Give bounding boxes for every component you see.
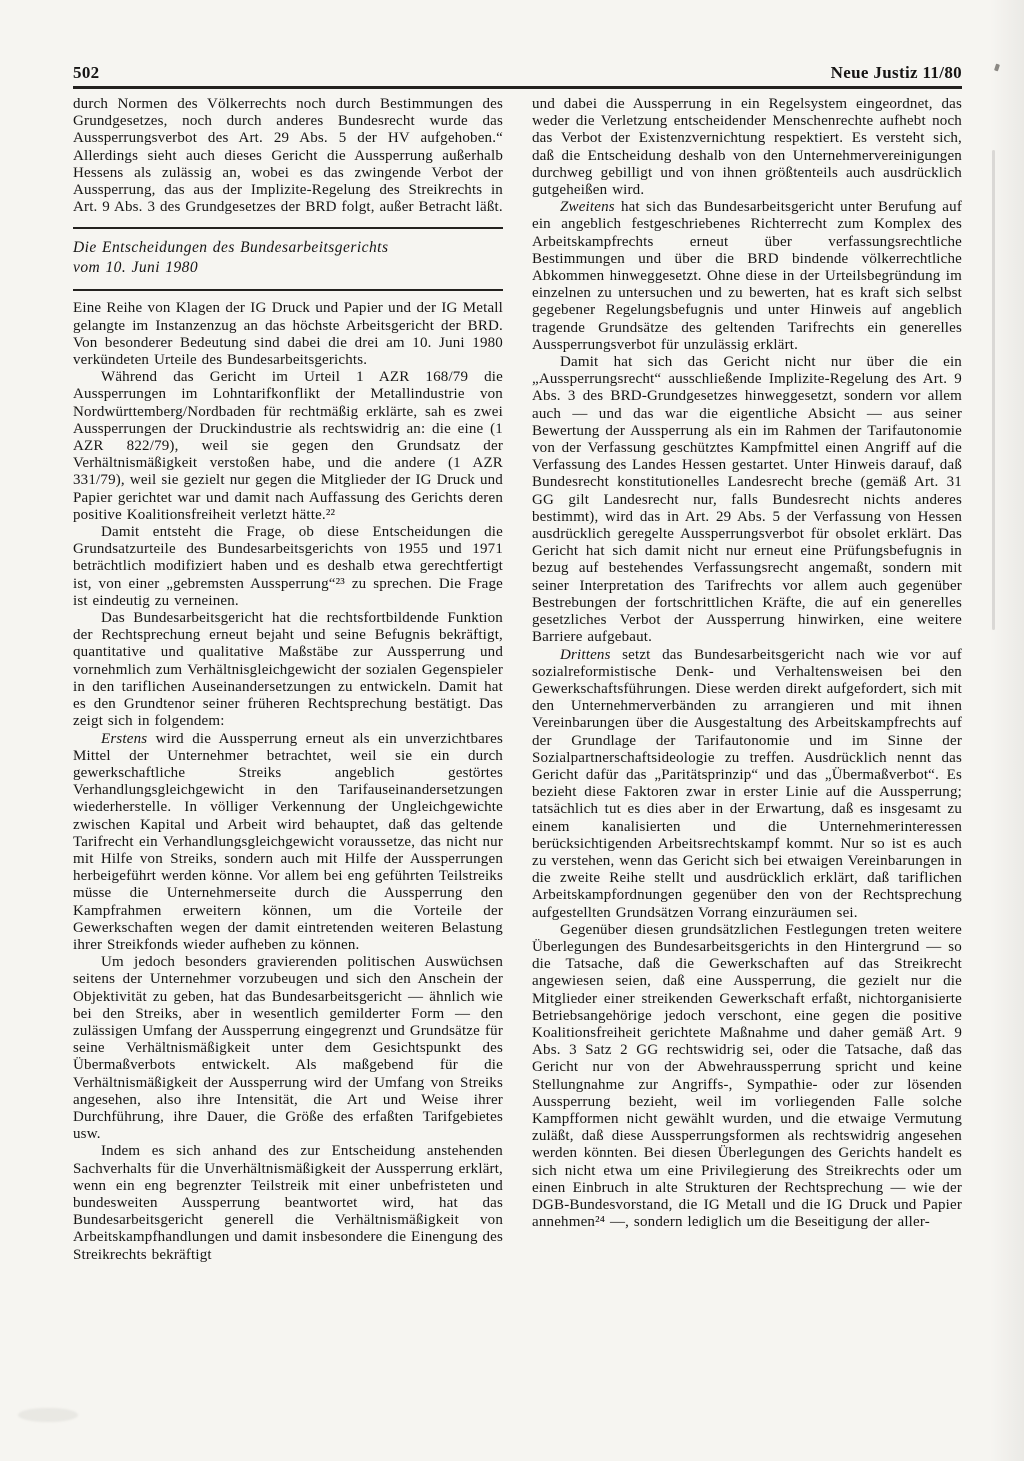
- section-heading: Die Entscheidungen des Bundesarbeitsgeri…: [73, 238, 503, 278]
- section-rule: [73, 289, 503, 291]
- paragraph-text: hat sich das Bundesarbeitsgericht unter …: [532, 199, 962, 353]
- paragraph: Zweitens hat sich das Bundesarbeitsgeric…: [532, 199, 962, 354]
- paragraph-lead-italic: Drittens: [560, 647, 611, 663]
- paragraph-text: und dabei die Aussperrung in ein Regelsy…: [532, 96, 962, 198]
- section-heading-line: Die Entscheidungen des Bundesarbeitsgeri…: [73, 238, 503, 258]
- section-heading-line: vom 10. Juni 1980: [73, 258, 503, 278]
- paragraph: Damit hat sich das Gericht nicht nur übe…: [532, 354, 962, 646]
- paragraph: Drittens setzt das Bundesarbeitsgericht …: [532, 647, 962, 922]
- left-column: durch Normen des Völkerrechts noch durch…: [73, 96, 503, 1264]
- paragraph: Das Bundesarbeitsgericht hat die rechtsf…: [73, 610, 503, 730]
- paragraph-text: Um jedoch besonders gravierenden politis…: [73, 954, 503, 1142]
- paragraph: durch Normen des Völkerrechts noch durch…: [73, 96, 503, 216]
- page-header: 502 Neue Justiz 11/80: [73, 63, 962, 83]
- paragraph-text: Indem es sich anhand des zur Entscheidun…: [73, 1143, 503, 1262]
- paragraph-text: durch Normen des Völkerrechts noch durch…: [73, 96, 503, 215]
- page-number: 502: [73, 63, 100, 83]
- scan-artifact-smudge: [18, 1408, 78, 1422]
- paragraph: Damit entsteht die Frage, ob diese Entsc…: [73, 524, 503, 610]
- scan-artifact-streak: [992, 150, 995, 630]
- paragraph-text: setzt das Bundesarbeitsgericht nach wie …: [532, 647, 962, 921]
- paragraph-text: wird die Aussperrung erneut als ein unve…: [73, 731, 503, 953]
- paragraph: Erstens wird die Aussperrung erneut als …: [73, 731, 503, 955]
- paragraph: und dabei die Aussperrung in ein Regelsy…: [532, 96, 962, 199]
- journal-title: Neue Justiz 11/80: [831, 63, 962, 83]
- right-column: und dabei die Aussperrung in ein Regelsy…: [532, 96, 962, 1264]
- paragraph-text: Damit hat sich das Gericht nicht nur übe…: [532, 354, 962, 645]
- paragraph-lead-italic: Erstens: [101, 731, 147, 747]
- paragraph: Gegenüber diesen grundsätzlichen Festleg…: [532, 922, 962, 1232]
- paragraph-text: Während das Gericht im Urteil 1 AZR 168/…: [73, 369, 503, 523]
- paragraph-text: Damit entsteht die Frage, ob diese Entsc…: [73, 524, 503, 609]
- paragraph: Um jedoch besonders gravierenden politis…: [73, 954, 503, 1143]
- paragraph-text: Eine Reihe von Klagen der IG Druck und P…: [73, 300, 503, 368]
- scan-artifact-speck: [994, 64, 1000, 72]
- text-columns: durch Normen des Völkerrechts noch durch…: [73, 96, 962, 1264]
- paragraph: Während das Gericht im Urteil 1 AZR 168/…: [73, 369, 503, 524]
- document-page: 502 Neue Justiz 11/80 durch Normen des V…: [0, 0, 1024, 1461]
- header-rule: [73, 86, 962, 89]
- paragraph: Indem es sich anhand des zur Entscheidun…: [73, 1143, 503, 1263]
- paragraph-lead-italic: Zweitens: [560, 199, 615, 215]
- paragraph: Eine Reihe von Klagen der IG Druck und P…: [73, 300, 503, 369]
- paragraph-text: Das Bundesarbeitsgericht hat die rechtsf…: [73, 610, 503, 729]
- paragraph-text: Gegenüber diesen grundsätzlichen Festleg…: [532, 922, 962, 1230]
- section-rule: [73, 227, 503, 229]
